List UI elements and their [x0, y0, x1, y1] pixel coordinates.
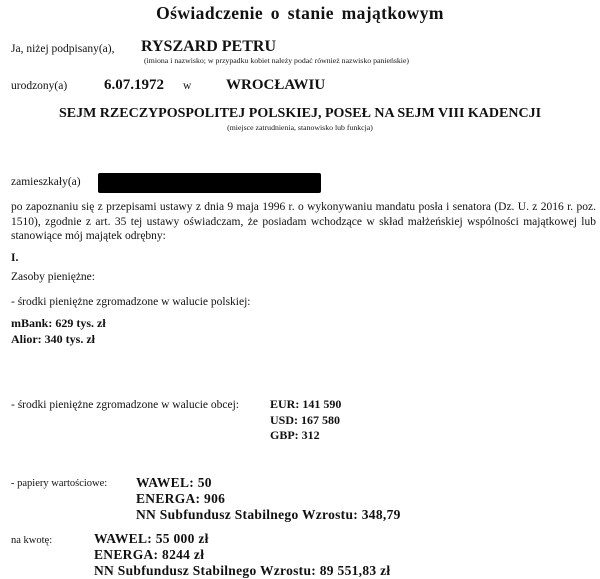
birth-date: 6.07.1972	[104, 78, 164, 93]
securities-list: WAWEL: 50 ENERGA: 906 NN Subfundusz Stab…	[136, 475, 401, 523]
section-heading: Zasoby pieniężne:	[11, 272, 95, 284]
section-number: I.	[11, 253, 18, 265]
amount-label: na kwotę:	[11, 536, 52, 547]
foreign-list: EUR: 141 590 USD: 167 580 GBP: 312	[270, 397, 341, 444]
pln-label: - środki pieniężne zgromadzone w walucie…	[11, 297, 251, 309]
residence-label: zamieszkały(a)	[11, 177, 81, 189]
foreign-item: EUR: 141 590	[270, 397, 341, 413]
document-title: Oświadczenie o stanie majątkowym	[0, 5, 600, 23]
birth-in-label: w	[183, 81, 191, 93]
amount-item: WAWEL: 55 000 zł	[94, 531, 390, 547]
amount-list: WAWEL: 55 000 zł ENERGA: 8244 zł NN Subf…	[94, 531, 390, 579]
employment-hint: (miejsce zatrudnienia, stanowisko lub fu…	[0, 124, 600, 132]
pln-item: Alior: 340 tys. zł	[11, 332, 106, 348]
declarant-hint: (imiona i nazwisko; w przypadku kobiet n…	[144, 57, 409, 65]
pln-list: mBank: 629 tys. zł Alior: 340 tys. zł	[11, 316, 106, 347]
pln-item: mBank: 629 tys. zł	[11, 316, 106, 332]
intro-paragraph: po zapoznaniu się z przepisami ustawy z …	[11, 200, 596, 244]
foreign-label: - środki pieniężne zgromadzone w walucie…	[11, 400, 239, 412]
birth-label: urodzony(a)	[11, 81, 67, 93]
securities-label: - papiery wartościowe:	[11, 479, 107, 490]
securities-item: NN Subfundusz Stabilnego Wzrostu: 348,79	[136, 507, 401, 523]
birth-place: WROCŁAWIU	[226, 78, 325, 93]
securities-item: ENERGA: 906	[136, 491, 401, 507]
declarant-name: RYSZARD PETRU	[141, 39, 276, 55]
declarant-label: Ja, niżej podpisany(a),	[11, 44, 114, 56]
foreign-item: USD: 167 580	[270, 413, 341, 429]
securities-item: WAWEL: 50	[136, 475, 401, 491]
amount-item: NN Subfundusz Stabilnego Wzrostu: 89 551…	[94, 563, 390, 579]
residence-redaction	[98, 173, 321, 193]
amount-item: ENERGA: 8244 zł	[94, 547, 390, 563]
foreign-item: GBP: 312	[270, 428, 341, 444]
employment-value: SEJM RZECZYPOSPOLITEJ POLSKIEJ, POSEŁ NA…	[0, 107, 600, 121]
